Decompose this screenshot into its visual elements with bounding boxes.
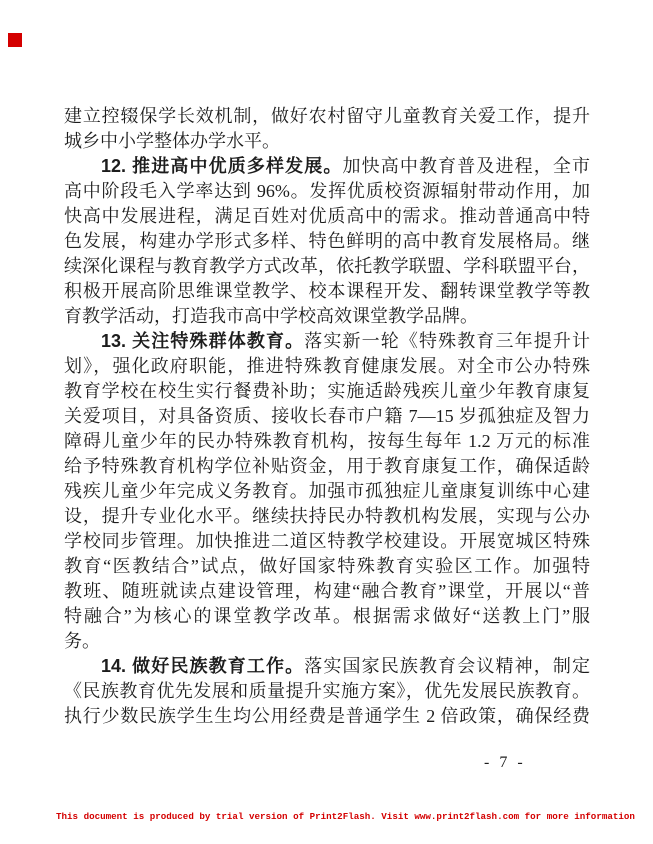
text-line: 高中阶段毛入学率达到 96%。发挥优质校资源辐射带动作用，加	[64, 179, 590, 204]
line-text: 城乡中小学整体办学水平。	[64, 131, 280, 151]
paragraph-heading: 13. 关注特殊群体教育。	[101, 331, 304, 351]
text-line: 残疾儿童少年完成义务教育。加强市孤独症儿童康复训练中心建	[64, 479, 590, 504]
trial-banner-text: This document is produced by trial versi…	[56, 811, 652, 823]
text-line: 续深化课程与教育教学方式改革，依托教学联盟、学科联盟平台，	[64, 254, 590, 279]
text-line: 执行少数民族学生生均公用经费是普通学生 2 倍政策，确保经费	[64, 704, 590, 729]
text-line: 14. 做好民族教育工作。落实国家民族教育会议精神，制定	[64, 654, 590, 679]
page-number: - 7 -	[484, 754, 526, 772]
line-text: 给予特殊教育机构学位补贴资金，用于教育康复工作，确保适龄	[64, 456, 590, 476]
line-text: 设，提升专业化水平。继续扶持民办特教机构发展，实现与公办	[64, 506, 590, 526]
text-line: 教班、随班就读点建设管理，构建“融合教育”课堂，开展以“普	[64, 579, 590, 604]
paragraph-heading: 12. 推进高中优质多样发展。	[101, 156, 343, 176]
line-text: 快高中发展进程，满足百姓对优质高中的需求。推动普通高中特	[64, 206, 590, 226]
line-text: 教育学校在校生实行餐费补助；实施适龄残疾儿童少年教育康复	[64, 381, 590, 401]
line-text: 执行少数民族学生生均公用经费是普通学生 2 倍政策，确保经费	[64, 706, 590, 726]
line-text: 落实国家民族教育会议精神，制定	[304, 656, 590, 676]
text-line: 教育学校在校生实行餐费补助；实施适龄残疾儿童少年教育康复	[64, 379, 590, 404]
line-text: 教育“医教结合”试点，做好国家特殊教育实验区工作。加强特	[64, 556, 590, 576]
text-line: 育教学活动，打造我市高中学校高效课堂教学品牌。	[64, 304, 590, 329]
text-line: 障碍儿童少年的民办特殊教育机构，按每生每年 1.2 万元的标准	[64, 429, 590, 454]
document-page: 建立控辍保学长效机制，做好农村留守儿童教育关爱工作，提升城乡中小学整体办学水平。…	[0, 0, 653, 844]
text-line: 12. 推进高中优质多样发展。加快高中教育普及进程，全市	[64, 154, 590, 179]
text-line: 务。	[64, 629, 590, 654]
line-text: 学校同步管理。加快推进二道区特教学校建设。开展宽城区特殊	[64, 531, 590, 551]
line-text: 育教学活动，打造我市高中学校高效课堂教学品牌。	[64, 306, 478, 326]
line-text: 划》，强化政府职能，推进特殊教育健康发展。对全市公办特殊	[64, 356, 590, 376]
text-line: 快高中发展进程，满足百姓对优质高中的需求。推动普通高中特	[64, 204, 590, 229]
paragraph-heading: 14. 做好民族教育工作。	[101, 656, 304, 676]
line-text: 积极开展高阶思维课堂教学、校本课程开发、翻转课堂教学等教	[64, 281, 590, 301]
text-line: 设，提升专业化水平。继续扶持民办特教机构发展，实现与公办	[64, 504, 590, 529]
text-line: 教育“医教结合”试点，做好国家特殊教育实验区工作。加强特	[64, 554, 590, 579]
trial-marker-icon	[8, 33, 22, 47]
text-line: 13. 关注特殊群体教育。落实新一轮《特殊教育三年提升计	[64, 329, 590, 354]
document-body: 建立控辍保学长效机制，做好农村留守儿童教育关爱工作，提升城乡中小学整体办学水平。…	[64, 104, 590, 729]
line-text: 特融合”为核心的课堂教学改革。根据需求做好“送教上门”服	[64, 606, 590, 626]
text-line: 色发展，构建办学形式多样、特色鲜明的高中教育发展格局。继	[64, 229, 590, 254]
text-line: 特融合”为核心的课堂教学改革。根据需求做好“送教上门”服	[64, 604, 590, 629]
line-text: 落实新一轮《特殊教育三年提升计	[304, 331, 590, 351]
text-line: 学校同步管理。加快推进二道区特教学校建设。开展宽城区特殊	[64, 529, 590, 554]
text-line: 关爱项目，对具备资质、接收长春市户籍 7—15 岁孤独症及智力	[64, 404, 590, 429]
line-text: 续深化课程与教育教学方式改革，依托教学联盟、学科联盟平台，	[64, 256, 590, 276]
line-text: 高中阶段毛入学率达到 96%。发挥优质校资源辐射带动作用，加	[64, 181, 590, 201]
text-line: 积极开展高阶思维课堂教学、校本课程开发、翻转课堂教学等教	[64, 279, 590, 304]
line-text: 障碍儿童少年的民办特殊教育机构，按每生每年 1.2 万元的标准	[64, 431, 590, 451]
line-text: 建立控辍保学长效机制，做好农村留守儿童教育关爱工作，提升	[64, 106, 590, 126]
line-text: 加快高中教育普及进程，全市	[343, 156, 590, 176]
line-text: 教班、随班就读点建设管理，构建“融合教育”课堂，开展以“普	[64, 581, 590, 601]
text-line: 划》，强化政府职能，推进特殊教育健康发展。对全市公办特殊	[64, 354, 590, 379]
line-text: 务。	[64, 631, 100, 651]
line-text: 关爱项目，对具备资质、接收长春市户籍 7—15 岁孤独症及智力	[64, 406, 590, 426]
text-line: 建立控辍保学长效机制，做好农村留守儿童教育关爱工作，提升	[64, 104, 590, 129]
text-line: 《民族教育优先发展和质量提升实施方案》，优先发展民族教育。	[64, 679, 590, 704]
line-text: 残疾儿童少年完成义务教育。加强市孤独症儿童康复训练中心建	[64, 481, 590, 501]
line-text: 《民族教育优先发展和质量提升实施方案》，优先发展民族教育。	[64, 681, 590, 701]
line-text: 色发展，构建办学形式多样、特色鲜明的高中教育发展格局。继	[64, 231, 590, 251]
text-line: 城乡中小学整体办学水平。	[64, 129, 590, 154]
text-line: 给予特殊教育机构学位补贴资金，用于教育康复工作，确保适龄	[64, 454, 590, 479]
